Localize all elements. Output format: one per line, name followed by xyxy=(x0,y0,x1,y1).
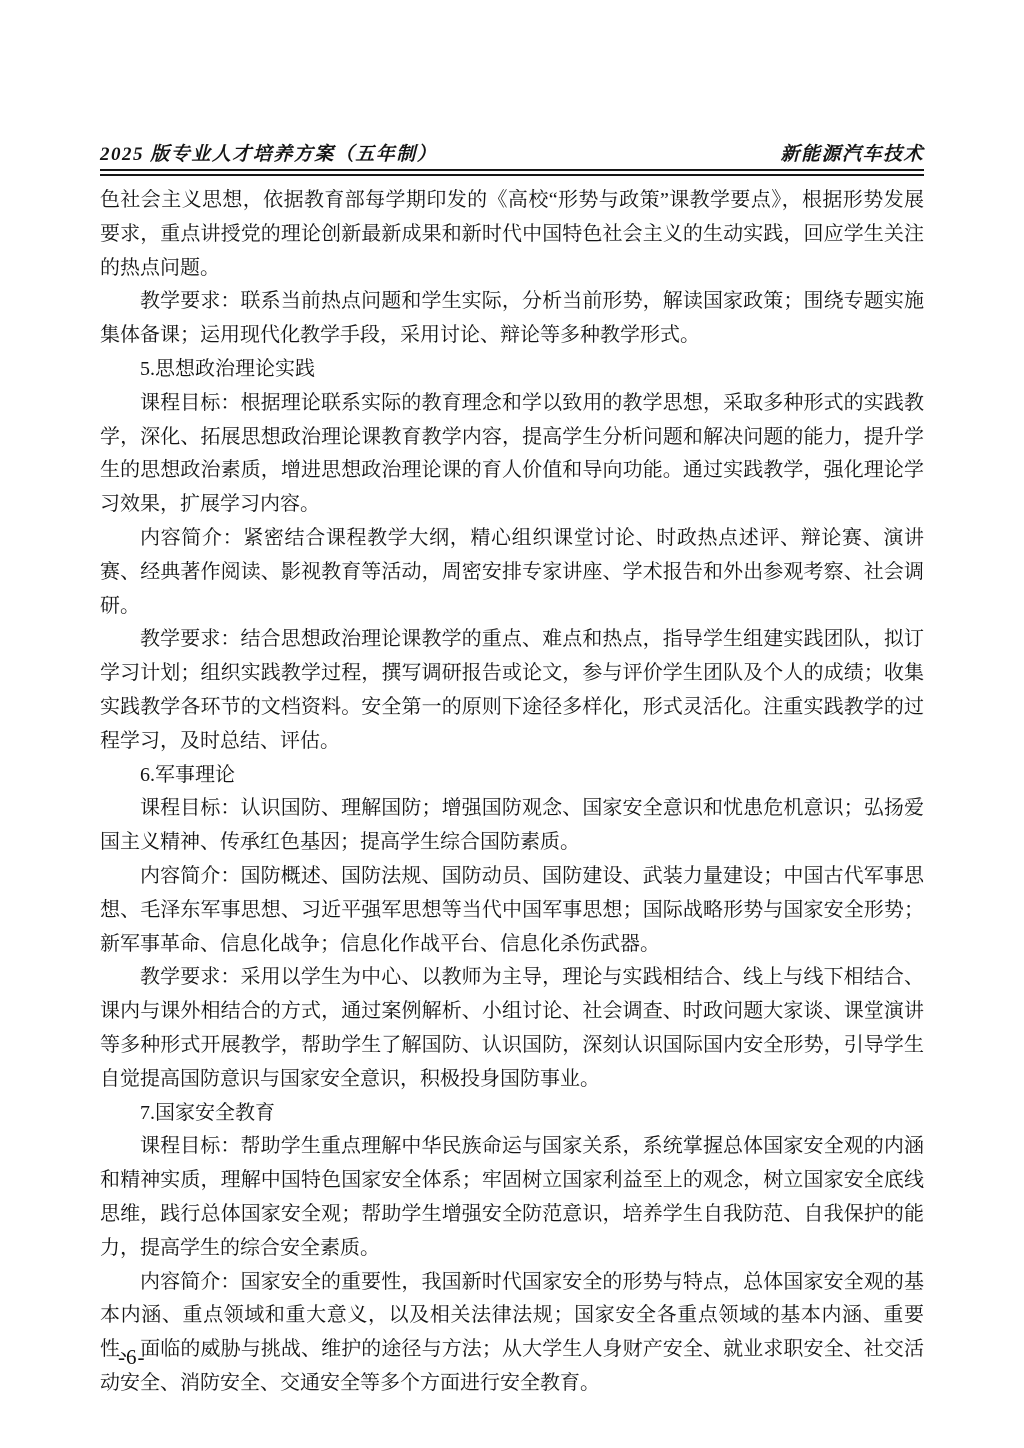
page-header: 2025 版专业人才培养方案（五年制） 新能源汽车技术 xyxy=(100,139,924,166)
page-number: -6- xyxy=(118,1345,146,1369)
header-left-title: 2025 版专业人才培养方案（五年制） xyxy=(100,139,437,166)
section-heading-7: 7.国家安全教育 xyxy=(100,1097,924,1131)
section-heading-5: 5.思想政治理论实践 xyxy=(100,353,924,387)
document-page: 2025 版专业人才培养方案（五年制） 新能源汽车技术 色社会主义思想，依据教育… xyxy=(0,0,1024,1448)
paragraph-continuation: 色社会主义思想，依据教育部每学期印发的《高校“形势与政策”课教学要点》，根据形势… xyxy=(100,184,924,285)
header-right-title: 新能源汽车技术 xyxy=(780,139,924,166)
paragraph-course-objectives: 课程目标：认识国防、理解国防；增强国防观念、国家安全意识和忧患危机意识；弘扬爱国… xyxy=(100,792,924,860)
paragraph-course-objectives: 课程目标：根据理论联系实际的教育理念和学以致用的教学思想，采取多种形式的实践教学… xyxy=(100,387,924,522)
paragraph-content-intro: 内容简介：国家安全的重要性，我国新时代国家安全的形势与特点，总体国家安全观的基本… xyxy=(100,1266,924,1401)
header-double-rule xyxy=(100,169,924,176)
paragraph-course-objectives: 课程目标：帮助学生重点理解中华民族命运与国家关系，系统掌握总体国家安全观的内涵和… xyxy=(100,1130,924,1265)
paragraph-content-intro: 内容简介：国防概述、国防法规、国防动员、国防建设、武装力量建设；中国古代军事思想… xyxy=(100,860,924,961)
paragraph-teaching-requirements: 教学要求：结合思想政治理论课教学的重点、难点和热点，指导学生组建实践团队，拟订学… xyxy=(100,623,924,758)
page-footer: -6- xyxy=(118,1345,146,1370)
paragraph-teaching-requirements: 教学要求：联系当前热点问题和学生实际，分析当前形势，解读国家政策；围绕专题实施集… xyxy=(100,285,924,353)
document-body: 色社会主义思想，依据教育部每学期印发的《高校“形势与政策”课教学要点》，根据形势… xyxy=(100,184,924,1401)
section-heading-6: 6.军事理论 xyxy=(100,759,924,793)
paragraph-teaching-requirements: 教学要求：采用以学生为中心、以教师为主导，理论与实践相结合、线上与线下相结合、课… xyxy=(100,961,924,1096)
paragraph-content-intro: 内容简介：紧密结合课程教学大纲，精心组织课堂讨论、时政热点述评、辩论赛、演讲赛、… xyxy=(100,522,924,623)
